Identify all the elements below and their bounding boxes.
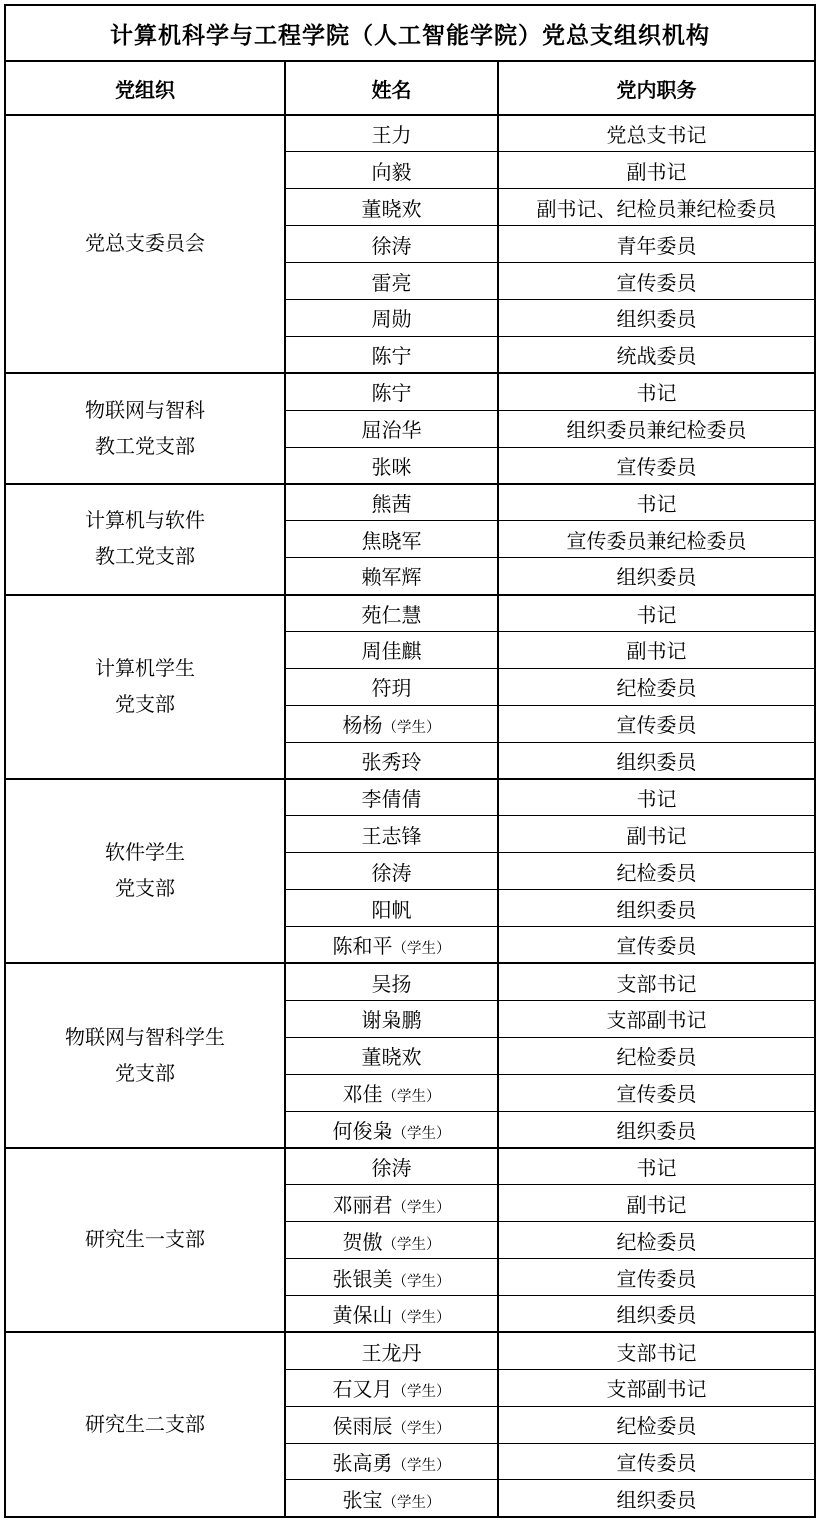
member-role: 宣传委员 <box>617 936 697 958</box>
member-name: 符玥 <box>372 678 412 700</box>
member-role: 统战委员 <box>617 346 697 368</box>
student-tag: （学生） <box>393 1421 451 1437</box>
member-name: 张秀玲 <box>362 752 422 774</box>
member-name-cell: 徐涛 <box>285 1148 498 1185</box>
member-role-cell: 纪检委员 <box>498 853 815 890</box>
member-row: 计算机学生党支部苑仁慧书记 <box>5 595 815 632</box>
member-name: 徐涛 <box>372 236 412 258</box>
member-role: 书记 <box>637 1158 677 1180</box>
member-role-cell: 副书记 <box>498 1185 815 1222</box>
member-name-cell: 王志锋 <box>285 816 498 853</box>
member-role: 宣传委员 <box>617 1084 697 1106</box>
org-line: 教工党支部 <box>10 539 280 575</box>
org-cell: 研究生一支部 <box>5 1148 285 1332</box>
member-role-cell: 宣传委员 <box>498 1259 815 1296</box>
member-name: 董晓欢 <box>362 199 422 221</box>
org-line: 教工党支部 <box>10 429 280 465</box>
member-role-cell: 书记 <box>498 373 815 410</box>
member-role: 支部书记 <box>617 1343 697 1365</box>
table-body: 党总支委员会王力党总支书记向毅副书记董晓欢副书记、纪检员兼纪检委员徐涛青年委员雷… <box>5 115 815 1517</box>
org-cell: 党总支委员会 <box>5 115 285 373</box>
member-role-cell: 支部副书记 <box>498 1369 815 1406</box>
member-name: 赖军辉 <box>362 567 422 589</box>
member-name-cell: 阳帆 <box>285 890 498 927</box>
member-name-cell: 熊茜 <box>285 484 498 521</box>
member-role: 副书记、纪检员兼纪检委员 <box>537 199 777 221</box>
member-name: 董晓欢 <box>362 1047 422 1069</box>
member-role-cell: 纪检委员 <box>498 1037 815 1074</box>
member-role-cell: 组织委员 <box>498 890 815 927</box>
member-name-cell: 陈和平（学生） <box>285 927 498 964</box>
member-name: 陈宁 <box>372 346 412 368</box>
member-role: 组织委员 <box>617 900 697 922</box>
org-line: 研究生二支部 <box>10 1407 280 1443</box>
member-role: 青年委员 <box>617 236 697 258</box>
member-role-cell: 书记 <box>498 484 815 521</box>
member-role-cell: 组织委员兼纪检委员 <box>498 410 815 447</box>
member-row: 物联网与智科学生党支部吴扬支部书记 <box>5 963 815 1000</box>
student-tag: （学生） <box>393 941 451 957</box>
member-role: 宣传委员 <box>617 1453 697 1475</box>
member-role: 组织委员 <box>617 567 697 589</box>
member-name: 熊茜 <box>372 494 412 516</box>
member-role: 副书记 <box>627 826 687 848</box>
member-name: 徐涛 <box>372 1158 412 1180</box>
member-role-cell: 宣传委员 <box>498 1443 815 1480</box>
member-name: 吴扬 <box>372 974 412 996</box>
student-tag: （学生） <box>393 1310 451 1326</box>
member-role: 宣传委员 <box>617 1269 697 1291</box>
member-name: 苑仁慧 <box>362 605 422 627</box>
member-name: 屈治华 <box>362 420 422 442</box>
member-role: 副书记 <box>627 162 687 184</box>
member-role-cell: 副书记 <box>498 631 815 668</box>
member-role-cell: 宣传委员 <box>498 447 815 484</box>
member-role: 支部副书记 <box>607 1010 707 1032</box>
student-tag: （学生） <box>393 1126 451 1142</box>
member-role-cell: 组织委员 <box>498 299 815 336</box>
member-name-cell: 屈治华 <box>285 410 498 447</box>
member-role: 组织委员 <box>617 1121 697 1143</box>
column-header-party-position: 党内职务 <box>498 61 815 115</box>
member-name-cell: 董晓欢 <box>285 189 498 226</box>
member-role: 纪检委员 <box>617 678 697 700</box>
member-role-cell: 纪检委员 <box>498 1222 815 1259</box>
org-line: 党支部 <box>10 687 280 723</box>
member-name: 邓丽君 <box>333 1195 393 1217</box>
org-line: 物联网与智科 <box>10 393 280 429</box>
title-row: 计算机科学与工程学院（人工智能学院）党总支组织机构 <box>5 5 815 61</box>
member-role-cell: 书记 <box>498 1148 815 1185</box>
member-name-cell: 陈宁 <box>285 336 498 373</box>
member-role: 组织委员 <box>617 1490 697 1512</box>
member-name: 黄保山 <box>333 1305 393 1327</box>
member-name-cell: 侯雨辰（学生） <box>285 1406 498 1443</box>
member-name-cell: 王龙丹 <box>285 1332 498 1369</box>
member-role-cell: 支部书记 <box>498 1332 815 1369</box>
member-role: 书记 <box>637 605 677 627</box>
member-role: 组织委员 <box>617 1305 697 1327</box>
member-role: 宣传委员 <box>617 715 697 737</box>
org-cell: 研究生二支部 <box>5 1332 285 1516</box>
member-row: 计算机与软件教工党支部熊茜书记 <box>5 484 815 521</box>
member-role: 副书记 <box>627 641 687 663</box>
member-name-cell: 焦晓军 <box>285 521 498 558</box>
member-name-cell: 董晓欢 <box>285 1037 498 1074</box>
member-row: 软件学生党支部李倩倩书记 <box>5 779 815 816</box>
org-structure-table: 计算机科学与工程学院（人工智能学院）党总支组织机构 党组织 姓名 党内职务 党总… <box>4 4 816 1518</box>
student-tag: （学生） <box>393 1200 451 1216</box>
member-role-cell: 书记 <box>498 779 815 816</box>
member-role-cell: 宣传委员兼纪检委员 <box>498 521 815 558</box>
member-name-cell: 石又月（学生） <box>285 1369 498 1406</box>
member-name-cell: 邓佳（学生） <box>285 1074 498 1111</box>
member-name-cell: 徐涛 <box>285 853 498 890</box>
member-role: 组织委员 <box>617 752 697 774</box>
member-name-cell: 张高勇（学生） <box>285 1443 498 1480</box>
member-name-cell: 徐涛 <box>285 226 498 263</box>
member-name: 陈和平 <box>333 936 393 958</box>
student-tag: （学生） <box>383 720 441 736</box>
member-name: 徐涛 <box>372 863 412 885</box>
member-name: 谢枭鹏 <box>362 1010 422 1032</box>
member-role-cell: 组织委员 <box>498 1296 815 1333</box>
member-role: 纪检委员 <box>617 1232 697 1254</box>
member-name-cell: 向毅 <box>285 152 498 189</box>
student-tag: （学生） <box>383 1495 441 1511</box>
org-line: 党总支委员会 <box>10 226 280 262</box>
member-name: 王龙丹 <box>362 1343 422 1365</box>
member-role: 党总支书记 <box>607 125 707 147</box>
member-role: 宣传委员兼纪检委员 <box>567 531 747 553</box>
document-page: 计算机科学与工程学院（人工智能学院）党总支组织机构 党组织 姓名 党内职务 党总… <box>0 0 818 1526</box>
member-name: 侯雨辰 <box>333 1416 393 1438</box>
member-role-cell: 副书记 <box>498 816 815 853</box>
student-tag: （学生） <box>393 1274 451 1290</box>
org-cell: 物联网与智科学生党支部 <box>5 963 285 1147</box>
member-name: 贺傲 <box>343 1232 383 1254</box>
member-name: 阳帆 <box>372 900 412 922</box>
member-row: 研究生二支部王龙丹支部书记 <box>5 1332 815 1369</box>
member-name: 何俊枭 <box>333 1121 393 1143</box>
member-name-cell: 赖军辉 <box>285 558 498 595</box>
member-name: 向毅 <box>372 162 412 184</box>
member-role-cell: 宣传委员 <box>498 705 815 742</box>
member-name-cell: 张咪 <box>285 447 498 484</box>
member-role-cell: 纪检委员 <box>498 668 815 705</box>
member-role: 书记 <box>637 383 677 405</box>
member-name-cell: 王力 <box>285 115 498 152</box>
member-role: 宣传委员 <box>617 273 697 295</box>
member-name-cell: 张银美（学生） <box>285 1259 498 1296</box>
org-line: 研究生一支部 <box>10 1222 280 1258</box>
member-name: 杨杨 <box>343 715 383 737</box>
student-tag: （学生） <box>393 1384 451 1400</box>
member-name-cell: 陈宁 <box>285 373 498 410</box>
member-name: 焦晓军 <box>362 531 422 553</box>
org-line: 软件学生 <box>10 835 280 871</box>
column-header-party-organization: 党组织 <box>5 61 285 115</box>
member-role: 组织委员 <box>617 309 697 331</box>
member-name: 张高勇 <box>333 1453 393 1475</box>
member-role-cell: 组织委员 <box>498 558 815 595</box>
member-name: 张咪 <box>372 457 412 479</box>
table-title: 计算机科学与工程学院（人工智能学院）党总支组织机构 <box>5 5 815 61</box>
member-role-cell: 支部书记 <box>498 963 815 1000</box>
member-role-cell: 组织委员 <box>498 1111 815 1148</box>
member-name: 雷亮 <box>372 273 412 295</box>
member-name-cell: 何俊枭（学生） <box>285 1111 498 1148</box>
member-row: 党总支委员会王力党总支书记 <box>5 115 815 152</box>
member-name-cell: 邓丽君（学生） <box>285 1185 498 1222</box>
member-name-cell: 谢枭鹏 <box>285 1000 498 1037</box>
member-role-cell: 宣传委员 <box>498 1074 815 1111</box>
member-name-cell: 杨杨（学生） <box>285 705 498 742</box>
org-cell: 计算机与软件教工党支部 <box>5 484 285 595</box>
member-name: 陈宁 <box>372 383 412 405</box>
column-header-row: 党组织 姓名 党内职务 <box>5 61 815 115</box>
member-role-cell: 青年委员 <box>498 226 815 263</box>
member-row: 物联网与智科教工党支部陈宁书记 <box>5 373 815 410</box>
member-name: 李倩倩 <box>362 789 422 811</box>
member-role: 书记 <box>637 789 677 811</box>
member-role: 宣传委员 <box>617 457 697 479</box>
member-role-cell: 副书记、纪检员兼纪检委员 <box>498 189 815 226</box>
member-name-cell: 符玥 <box>285 668 498 705</box>
member-name-cell: 张宝（学生） <box>285 1480 498 1517</box>
member-role-cell: 宣传委员 <box>498 263 815 300</box>
member-role-cell: 纪检委员 <box>498 1406 815 1443</box>
org-line: 物联网与智科学生 <box>10 1020 280 1056</box>
org-line: 党支部 <box>10 1056 280 1092</box>
member-role-cell: 党总支书记 <box>498 115 815 152</box>
member-role-cell: 组织委员 <box>498 742 815 779</box>
member-name-cell: 吴扬 <box>285 963 498 1000</box>
member-name: 石又月 <box>333 1379 393 1401</box>
org-cell: 计算机学生党支部 <box>5 595 285 779</box>
student-tag: （学生） <box>383 1089 441 1105</box>
student-tag: （学生） <box>393 1458 451 1474</box>
member-role: 书记 <box>637 494 677 516</box>
member-role-cell: 书记 <box>498 595 815 632</box>
member-name: 周佳麒 <box>362 641 422 663</box>
org-cell: 软件学生党支部 <box>5 779 285 963</box>
member-role: 纪检委员 <box>617 1416 697 1438</box>
member-role: 支部书记 <box>617 974 697 996</box>
member-name-cell: 雷亮 <box>285 263 498 300</box>
member-name: 张银美 <box>333 1269 393 1291</box>
org-line: 计算机与软件 <box>10 503 280 539</box>
member-name-cell: 张秀玲 <box>285 742 498 779</box>
member-role-cell: 副书记 <box>498 152 815 189</box>
member-name: 王力 <box>372 125 412 147</box>
org-cell: 物联网与智科教工党支部 <box>5 373 285 484</box>
member-name-cell: 苑仁慧 <box>285 595 498 632</box>
student-tag: （学生） <box>383 1237 441 1253</box>
member-role: 支部副书记 <box>607 1379 707 1401</box>
member-role-cell: 宣传委员 <box>498 927 815 964</box>
org-line: 计算机学生 <box>10 651 280 687</box>
member-name: 张宝 <box>343 1490 383 1512</box>
member-role-cell: 支部副书记 <box>498 1000 815 1037</box>
member-role: 组织委员兼纪检委员 <box>567 420 747 442</box>
member-name-cell: 李倩倩 <box>285 779 498 816</box>
member-row: 研究生一支部徐涛书记 <box>5 1148 815 1185</box>
member-role: 纪检委员 <box>617 863 697 885</box>
member-role-cell: 组织委员 <box>498 1480 815 1517</box>
member-name: 邓佳 <box>343 1084 383 1106</box>
member-role: 副书记 <box>627 1195 687 1217</box>
member-name: 王志锋 <box>362 826 422 848</box>
member-name-cell: 周佳麒 <box>285 631 498 668</box>
member-name: 周勋 <box>372 309 412 331</box>
org-line: 党支部 <box>10 871 280 907</box>
member-role: 纪检委员 <box>617 1047 697 1069</box>
member-role-cell: 统战委员 <box>498 336 815 373</box>
member-name-cell: 贺傲（学生） <box>285 1222 498 1259</box>
member-name-cell: 黄保山（学生） <box>285 1296 498 1333</box>
column-header-name: 姓名 <box>285 61 498 115</box>
member-name-cell: 周勋 <box>285 299 498 336</box>
